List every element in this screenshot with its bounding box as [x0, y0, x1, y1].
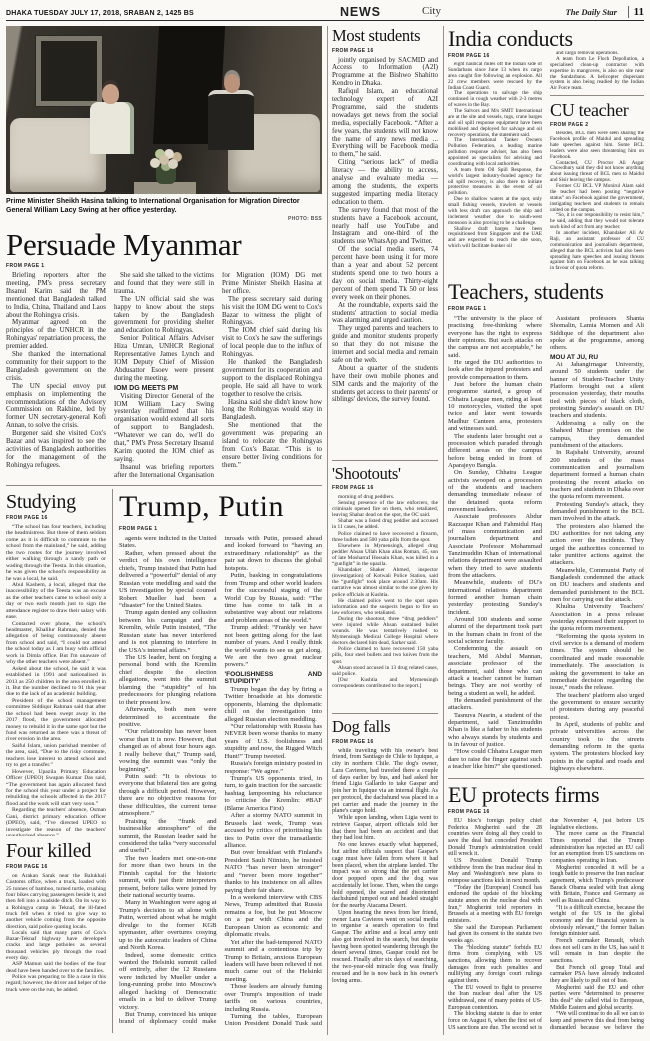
article-paragraph: “It is a difficult exercise, because the…: [550, 905, 644, 938]
article-paragraph: After a stormy NATO summit in Brussels l…: [225, 812, 323, 849]
person-william-lacy-swing: [208, 90, 254, 150]
kicker-teachers-students: FROM PAGE 1: [448, 306, 644, 312]
article-paragraph: The International Tanker Owners Pollutio…: [448, 138, 542, 167]
article-paragraph: [Our Kushtia and Mymensingh corresponden…: [332, 677, 438, 689]
article-paragraph: Just before the human chain programme st…: [448, 381, 542, 432]
kicker-most-students: FROM PAGE 16: [332, 48, 438, 54]
article-paragraph: “Our relationship has never been worse t…: [119, 728, 217, 773]
article-paragraph: The UN official said she was happy to kn…: [114, 296, 214, 336]
article-paragraph: Police was preparing to file a case in t…: [6, 974, 106, 993]
article-paragraph: The protesters also blamed the DU author…: [550, 523, 644, 567]
right-column-block: India conducts FROM PAGE 16 eight nautic…: [448, 26, 644, 1036]
photo-flower-vase: [156, 166, 176, 184]
india-conducts-col-a: FROM PAGE 16 eight nautical miles off th…: [448, 51, 542, 275]
article-paragraph: Putin, basking in congratulations from T…: [225, 572, 323, 624]
photo-flowers: [150, 158, 160, 168]
column-divider: [327, 26, 328, 1035]
article-paragraph: The US leader, bent on forging a persona…: [119, 654, 217, 706]
india-conducts-columns: FROM PAGE 16 eight nautical miles off th…: [448, 51, 644, 275]
article-paragraph: President of the school management commi…: [6, 698, 106, 743]
article-paragraph: eight nautical miles off the Indian side…: [448, 62, 542, 91]
article-paragraph: Praising the “frank and businesslike atm…: [119, 818, 217, 855]
article-paragraph: No one knows exactly what happened, but …: [332, 842, 438, 910]
article-paragraph: At Jahangirnagar University, around 50 s…: [550, 361, 644, 420]
left-column-block: Prime Minister Sheikh Hasina talking to …: [6, 26, 322, 1036]
photo-caption-row: Prime Minister Sheikh Hasina talking to …: [6, 197, 322, 224]
article-paragraph: Abul Kashem, a local, alleged that the i…: [6, 582, 106, 621]
article-paragraph: while traveling with his owner's best fr…: [332, 748, 438, 816]
article-paragraph: Upon hearing the news from her friend, o…: [332, 910, 438, 984]
article-paragraph: Elsewhere in Mymensingh, alleged drug pe…: [332, 543, 438, 567]
kicker-four-killed: FROM PAGE 16: [6, 864, 106, 870]
article-paragraph: The IOM chief said during his visit to C…: [222, 327, 322, 359]
article-paragraph: She mentioned that the government was pr…: [222, 422, 322, 469]
article-paragraph: He demanded punishment of the attackers.: [448, 697, 542, 712]
article-paragraph: agents were indicted in the United State…: [119, 535, 217, 550]
article-body-trump-putin: agents were indicted in the United State…: [119, 535, 322, 1033]
article-paragraph: The press secretary said during his visi…: [222, 296, 322, 328]
left-lower-row: Studying FROM PAGE 16 “The school has fo…: [6, 489, 322, 1033]
article-paragraph: She said the European Parliament had giv…: [448, 925, 542, 945]
article-paragraph: “Our relationship with Russia has NEVER …: [225, 723, 323, 760]
article-paragraph: Rafiqul Islam, an educational technology…: [332, 88, 438, 159]
headline-four-killed: Four killed: [6, 841, 106, 861]
article-paragraph: The survey found that most of the studen…: [332, 207, 438, 247]
article-paragraph: Police claimed to have recovered a firea…: [332, 531, 438, 543]
article-body-most-students: jointly organised by SACMID and Access t…: [332, 57, 438, 457]
article-body-india-a: eight nautical miles off the Indian side…: [448, 62, 542, 275]
article-paragraph: on Arakan Sarak near the Balukhali Custo…: [6, 873, 106, 930]
article-paragraph: Regarding the teachers' absence, Osman G…: [6, 807, 106, 836]
article-paragraph: The two leaders met one-on-one for more …: [119, 855, 217, 900]
section-divider: [448, 778, 644, 779]
article-paragraph: He claimed police went to the spot upon …: [332, 598, 438, 616]
article-paragraph: ASP Mamun said the bodies of the four de…: [6, 961, 106, 974]
article-paragraph: Tasnuva Nasrin, a student of the departm…: [448, 712, 542, 749]
headline-trump-putin: Trump, Putin: [119, 492, 322, 522]
article-body-four-killed: on Arakan Sarak near the Balukhali Custo…: [6, 873, 106, 1033]
kicker-persuade: FROM PAGE 1: [6, 263, 322, 269]
kicker-eu-protects: FROM PAGE 16: [448, 809, 644, 815]
person-sheikh-hasina: [90, 102, 134, 154]
article-paragraph: On Sunday, Chhatra League activists swoo…: [448, 469, 542, 513]
article-body-eu-protects: EU bloc's foreign policy chief Federica …: [448, 818, 644, 1036]
kicker-studying: FROM PAGE 16: [6, 515, 106, 521]
article-body-persuade: Briefing reporters after the meeting, PM…: [6, 272, 322, 482]
headline-eu-protects-firms: EU protects firms: [448, 784, 644, 806]
article-paragraph: Assistant professors Shanta Shomalin, La…: [550, 315, 644, 352]
newspaper-page: DHAKA TUESDAY JULY 17, 2018, SRABAN 2, 1…: [0, 0, 650, 1041]
article-paragraph: Locals said that many parts of Cox's Baz…: [6, 930, 106, 962]
article-paragraph: jointly organised by SACMID and Access t…: [332, 57, 438, 89]
studying-column: Studying FROM PAGE 16 “The school has fo…: [6, 489, 106, 1033]
column-divider: [112, 489, 113, 1033]
article-paragraph: Indeed, some domestic critics wanted the…: [119, 952, 217, 1012]
article-paragraph: The UN special envoy put emphasis on imp…: [6, 383, 106, 430]
article-body-india-b: and cargo removal operations.A team from…: [550, 51, 644, 92]
section-divider: [332, 460, 438, 461]
article-paragraph: Meanwhile, students of DU's internationa…: [448, 579, 542, 616]
article-paragraph: Condemning the assault on teachers, Md A…: [448, 645, 542, 696]
article-paragraph: Afterwards, both men were determined to …: [119, 706, 217, 728]
article-paragraph: Shallow draft barges have been requisiti…: [448, 227, 542, 251]
article-paragraph: In April, students of public and private…: [550, 721, 644, 772]
article-paragraph: Police claimed to have recovered 150 yab…: [332, 646, 438, 664]
kicker-india-conducts: FROM PAGE 16: [448, 53, 542, 59]
article-paragraph: Russia's foreign ministry posted in resp…: [225, 760, 323, 775]
article-paragraph: Sensing presence of the law enforcers, t…: [332, 500, 438, 518]
section-divider: [550, 95, 644, 96]
article-paragraph: Shahar was a listed drug peddler and acc…: [332, 518, 438, 530]
article-paragraph: The EU vowed to fight to preserve the Ir…: [448, 985, 542, 1012]
headline-teachers-students: Teachers, students: [448, 281, 644, 303]
article-paragraph: Besides, BCL men were seen sharing the F…: [550, 131, 644, 160]
article-paragraph: Putin said: “It is obvious to everyone t…: [119, 773, 217, 818]
article-paragraph: About a quarter of the students have the…: [332, 365, 438, 405]
middle-column-block: Most students FROM PAGE 16 jointly organ…: [332, 26, 438, 1036]
article-paragraph: French carmaker Renault, which does not …: [550, 938, 644, 965]
article-paragraph: Around 100 students and some alumni of t…: [448, 616, 542, 645]
article-paragraph: “The university is the place of practisi…: [448, 315, 542, 359]
article-paragraph: Protesting Sunday's attack, they demande…: [550, 501, 644, 523]
article-paragraph: Due to shallow waters at the spot, only …: [448, 197, 542, 226]
article-body-shootouts: morning of drug peddlers.Sensing presenc…: [332, 494, 438, 710]
headline-studying: Studying: [6, 492, 106, 512]
trump-putin-column: Trump, Putin FROM PAGE 1 agents were ind…: [119, 489, 322, 1033]
article-paragraph: Those leaders are already fuming over Tr…: [225, 983, 323, 1013]
lead-photo: [6, 26, 322, 194]
headline-most-students: Most students: [332, 28, 438, 45]
framed-picture: [36, 36, 102, 106]
headline-persuade-myanmar: Persuade Myanmar: [6, 229, 322, 260]
article-paragraph: “The school has four teachers, including…: [6, 524, 106, 582]
article-paragraph: Khulna University Teachers' Association …: [550, 603, 644, 632]
article-paragraph: Briefing reporters after the meeting, PM…: [6, 272, 106, 319]
article-paragraph: Khandaker Shaker Ahmed, inspector (inves…: [332, 567, 438, 597]
article-paragraph: Many in Washington were agog at Trump's …: [119, 899, 217, 951]
article-paragraph: Myanmar agreed on the principles of the …: [6, 319, 106, 351]
article-paragraph: The move came as the Financial Times rep…: [550, 831, 644, 864]
article-paragraph: He urged the DU authorities to look afte…: [448, 359, 542, 381]
paper-brand: The Daily Star: [566, 7, 617, 17]
masthead: DHAKA TUESDAY JULY 17, 2018, SRABAN 2, 1…: [6, 3, 644, 21]
article-paragraph: Visiting Director General of the IOM Wil…: [114, 393, 214, 464]
kicker-cu-teacher: FROM PAGE 2: [550, 122, 644, 128]
article-paragraph: She said she talked to the victims and f…: [114, 272, 214, 296]
article-body-cu-teacher: Besides, BCL men were seen sharing the F…: [550, 131, 644, 275]
article-paragraph: Trump added: “Frankly we have not been g…: [225, 624, 323, 669]
article-paragraph: The teachers' platform also urged the go…: [550, 692, 644, 721]
person-sheikh-hasina-head: [102, 84, 119, 104]
article-paragraph: He thanked the Bangladesh government for…: [222, 359, 322, 399]
article-paragraph: A team from Le Floch Depollution, a spec…: [550, 57, 644, 92]
article-paragraph: “So, it is our responsibility to resist …: [550, 213, 644, 231]
article-paragraph: In another incident, Khandaker Ali Ar Ra…: [550, 231, 644, 272]
article-paragraph: EU bloc's foreign policy chief Federica …: [448, 818, 542, 858]
dateline: DHAKA TUESDAY JULY 17, 2018, SRABAN 2, 1…: [6, 10, 194, 17]
article-paragraph: Contacted over phone, the school's headm…: [6, 621, 106, 666]
section-divider: [6, 485, 322, 486]
page-number: 11: [628, 6, 644, 18]
article-paragraph: The “blocking statute” forbids EU firms …: [448, 945, 542, 985]
article-paragraph: Meanwhile, Communist Party of Bangladesh…: [550, 567, 644, 604]
article-paragraph: Trump again denied any collusion between…: [119, 609, 217, 654]
article-paragraph: In a weekend interview with CBS News, Tr…: [225, 894, 323, 939]
kicker-shootouts: FROM PAGE 16: [332, 485, 438, 491]
article-paragraph: A team from Oil Spill Response, the worl…: [448, 168, 542, 197]
article-paragraph: Senior Political Affairs Adviser Hiza Um…: [114, 335, 214, 382]
article-paragraph: Associate professors Abdur Razzaque Khan…: [448, 513, 542, 579]
article-paragraph: “Today the [European] Council has endors…: [448, 885, 542, 925]
article-paragraph: US President Donald Trump withdrew from …: [448, 858, 542, 885]
article-paragraph: Burgener said she visited Cox's Bazar an…: [6, 430, 106, 470]
article-paragraph: Contacted, CU Proctor Ali Asgar Chowdhur…: [550, 161, 644, 185]
article-paragraph: Yet after the bad-tempered NATO summit a…: [225, 939, 323, 984]
article-paragraph: Former CU BCL VP Monirul Alam said the t…: [550, 184, 644, 213]
article-paragraph: Hasina said she didn't know how long the…: [222, 399, 322, 423]
article-body-dog-falls: while traveling with his owner's best fr…: [332, 748, 438, 1037]
article-paragraph: At the roundtable, experts said the stud…: [332, 302, 438, 326]
article-subhead: 'FOOLISHNESS AND STUPIDITY': [225, 671, 323, 686]
article-paragraph: The operations to salvage the ship conti…: [448, 91, 542, 109]
person-william-lacy-swing-head: [224, 74, 240, 93]
article-paragraph: Trump began the day by firing a Twitter …: [225, 686, 323, 723]
article-paragraph: Of the social media users, 74 percent ha…: [332, 246, 438, 301]
article-paragraph: During the shootout, three “drug peddler…: [332, 616, 438, 646]
article-paragraph: Mogherini said the EU and other parties …: [550, 985, 644, 1012]
article-paragraph: “How could Chhatra League men dare to ra…: [448, 748, 542, 770]
article-paragraph: They urged parents and teachers to guide…: [332, 325, 438, 365]
column-divider: [443, 26, 444, 1035]
article-paragraph: Ahsan stood accused in 13 drug related c…: [332, 665, 438, 677]
india-conducts-col-b: and cargo removal operations.A team from…: [550, 51, 644, 275]
headline-dog-falls: Dog falls: [332, 719, 438, 736]
article-paragraph: Addressing a rally on the Shaheed Minar …: [550, 420, 644, 449]
article-paragraph: But over breakfast with Finland's Presid…: [225, 849, 323, 894]
photo-caption: Prime Minister Sheikh Hasina talking to …: [6, 197, 322, 216]
article-paragraph: Citing “serious lack” of media literacy …: [332, 159, 438, 206]
photo-credit: PHOTO: BSS: [288, 216, 322, 222]
article-paragraph: However, Upazila Primary Education Offic…: [6, 769, 106, 808]
article-paragraph: But French oil group Total and carmaker …: [550, 965, 644, 985]
article-paragraph: She thanked the international community …: [6, 351, 106, 383]
article-body-studying: “The school has four teachers, including…: [6, 524, 106, 836]
kicker-dog-falls: FROM PAGE 16: [332, 739, 438, 745]
article-paragraph: The Salvors and M/s SMIT International a…: [448, 109, 542, 138]
section-divider: [332, 713, 438, 714]
headline-india-conducts: India conducts: [448, 28, 644, 50]
headline-cu-teacher: CU teacher: [550, 101, 644, 119]
subsection-title: City: [422, 5, 441, 17]
headline-shootouts: 'Shootouts': [332, 466, 438, 483]
article-paragraph: “Reforming the quota system in civil ser…: [550, 633, 644, 692]
kicker-trump-putin: FROM PAGE 1: [119, 526, 322, 532]
article-paragraph: Asked about the school, he said it was e…: [6, 666, 106, 698]
article-paragraph: While upon landing, when Ligia went to r…: [332, 815, 438, 842]
article-paragraph: Saiful Islam, union parishad member of t…: [6, 743, 106, 769]
article-paragraph: Rather, when pressed about the verdict o…: [119, 550, 217, 610]
article-paragraph: In Rajshahi University, around 200 stude…: [550, 449, 644, 500]
article-subhead: MOU AT JU, RU: [550, 354, 644, 361]
article-paragraph: Mogherini conceded it will be a tough ba…: [550, 865, 644, 905]
article-body-teachers-students: “The university is the place of practisi…: [448, 315, 644, 775]
article-paragraph: Trump's US opponents tried, in turn, to …: [225, 775, 323, 812]
section-title: NEWS: [340, 5, 381, 19]
article-paragraph: The students later brought out a process…: [448, 433, 542, 470]
